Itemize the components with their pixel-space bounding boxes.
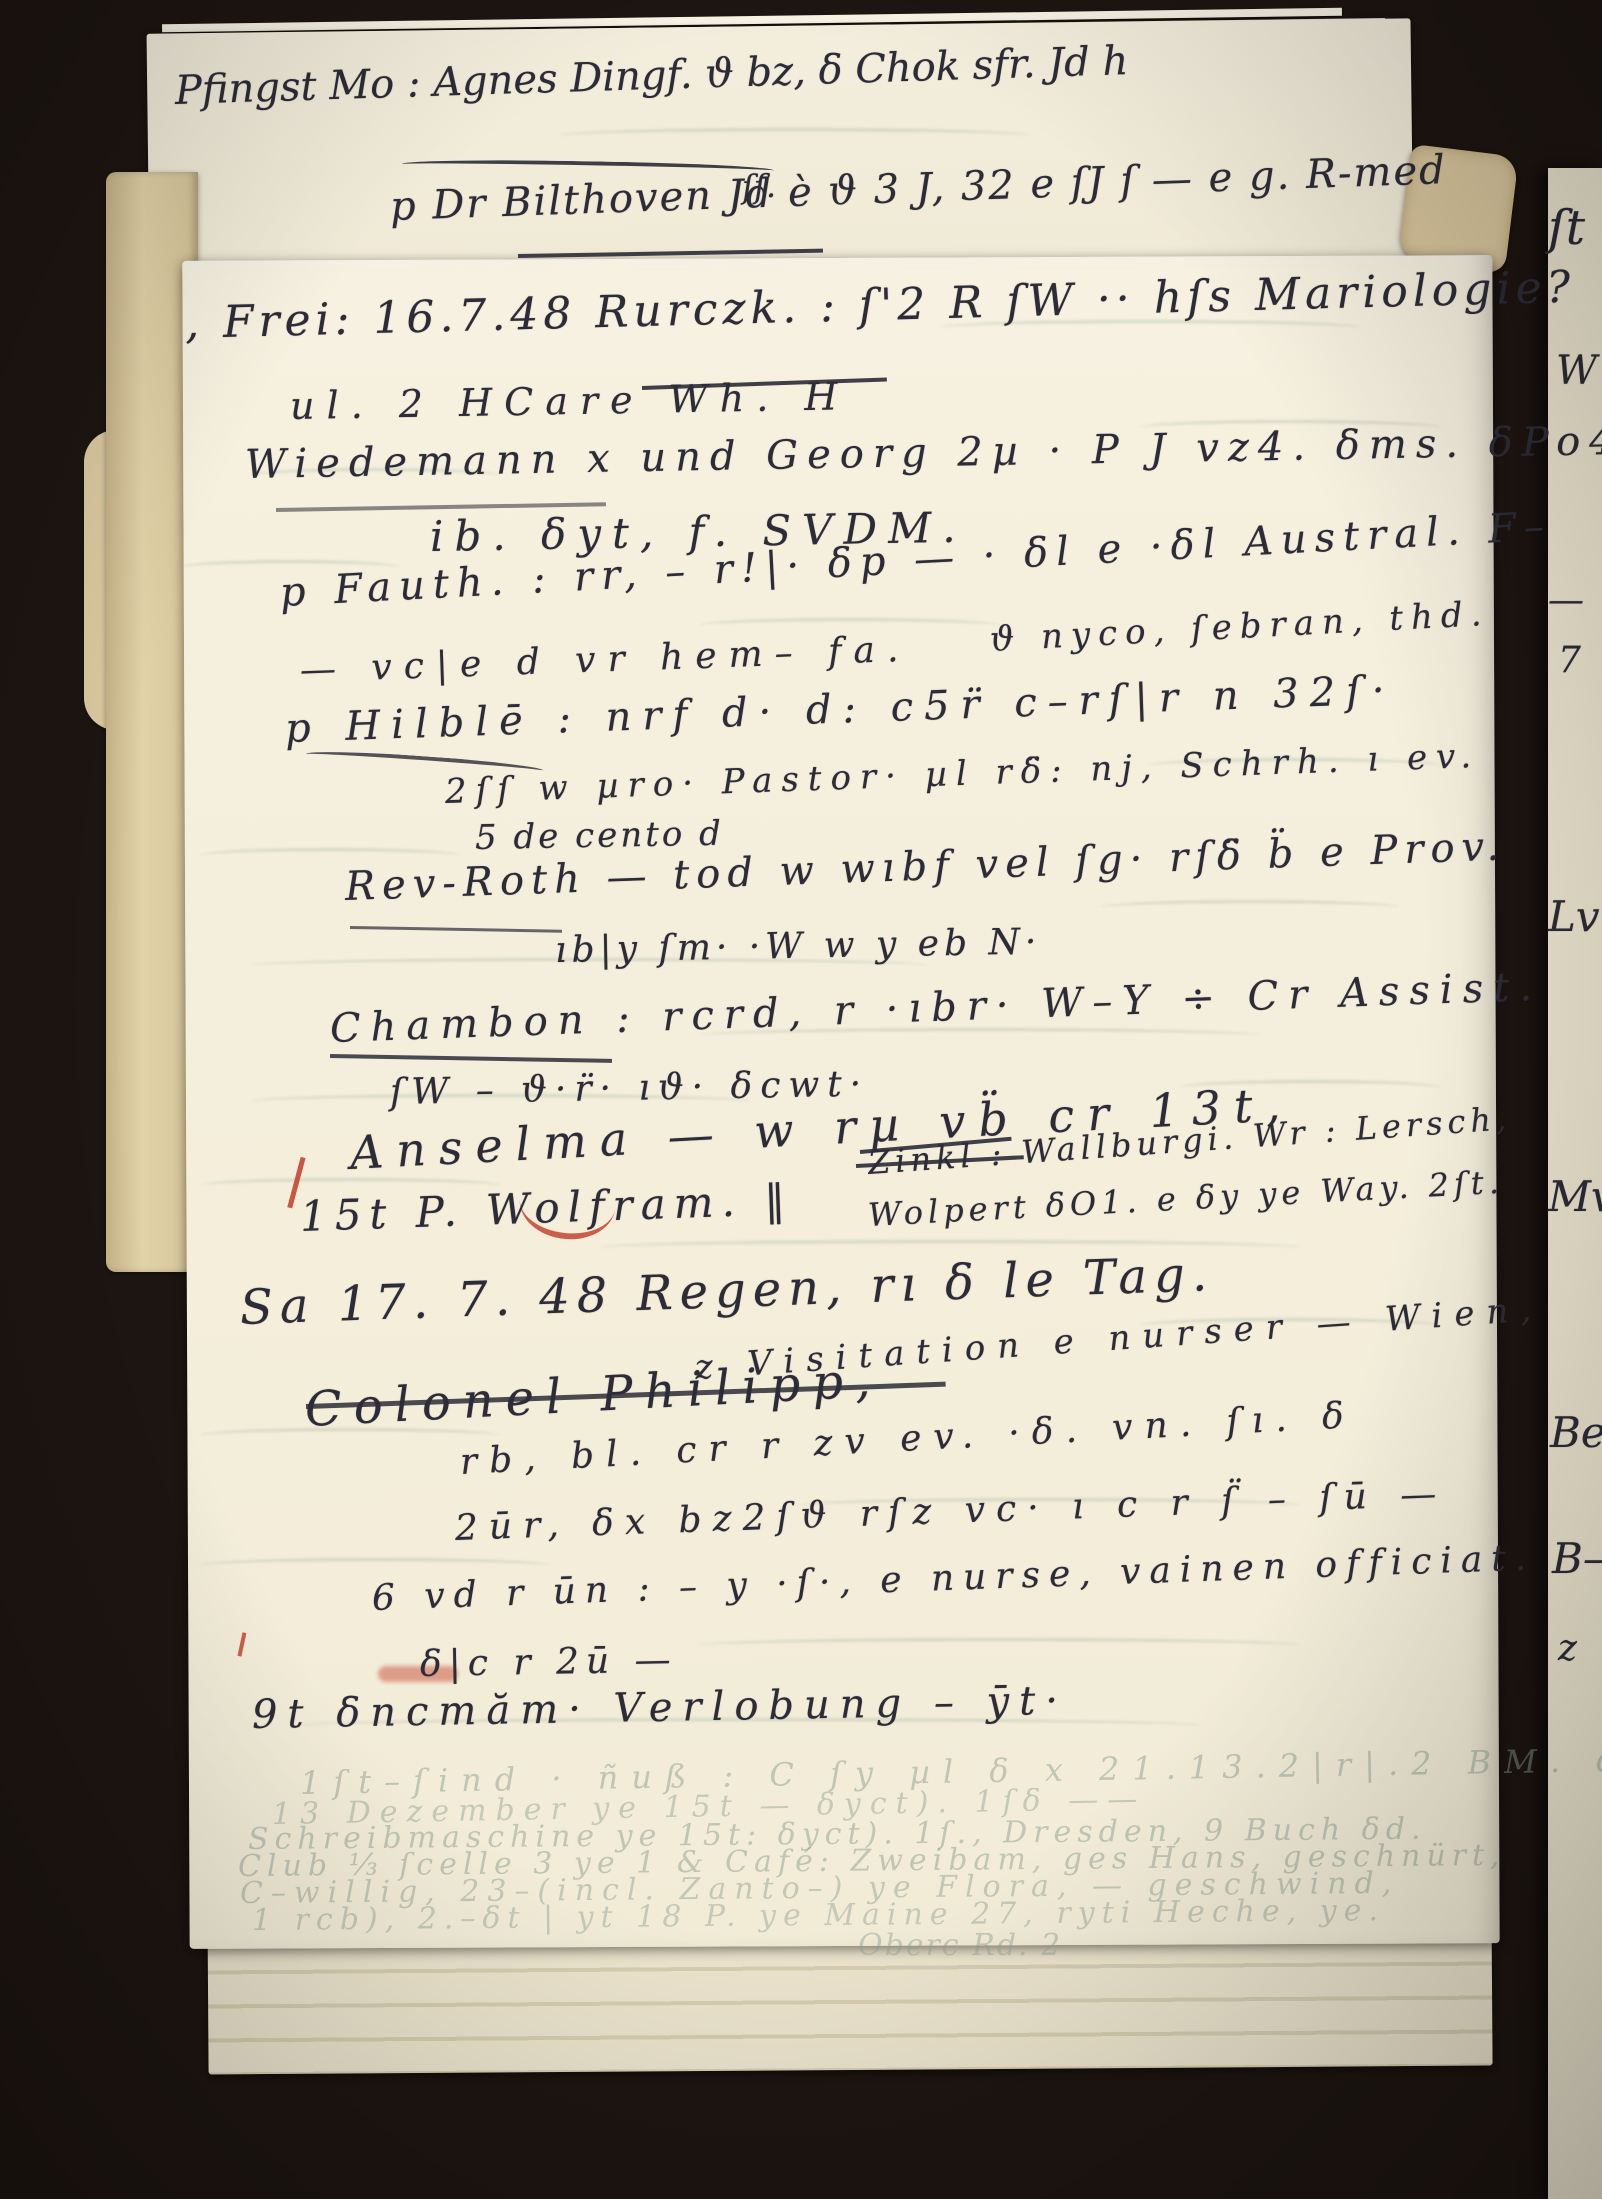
handwriting-line: ıb|y ſm· ·W w y eb N·: [555, 922, 1042, 971]
facing-page-fragment: Mv: [1548, 1172, 1602, 1221]
facing-page-fragment: z: [1558, 1628, 1577, 1669]
facing-page-fragment: —: [1548, 580, 1584, 621]
facing-page-fragment: B–: [1552, 1534, 1602, 1583]
ghost-show-through-stroke: [560, 128, 1030, 143]
ghost-show-through-stroke: [700, 1638, 1300, 1653]
facing-page-fragment: Lv: [1548, 892, 1600, 941]
facing-page-fragment: 7: [1558, 640, 1581, 681]
ghost-show-through-stroke: [1100, 900, 1400, 915]
facing-page-fragment: Be: [1550, 1408, 1602, 1457]
facing-page-fragment: ſt: [1548, 200, 1585, 256]
show-through-line: Oberc Rd. 2: [858, 1928, 1062, 1963]
handwriting-line: δ|c r 2ū —: [420, 1640, 678, 1685]
facing-page-fragment: W: [1556, 348, 1597, 394]
ghost-show-through-stroke: [200, 1558, 550, 1573]
notebook-scan: Handwritten diary page dated Frei 16.7.4…: [0, 0, 1602, 2199]
